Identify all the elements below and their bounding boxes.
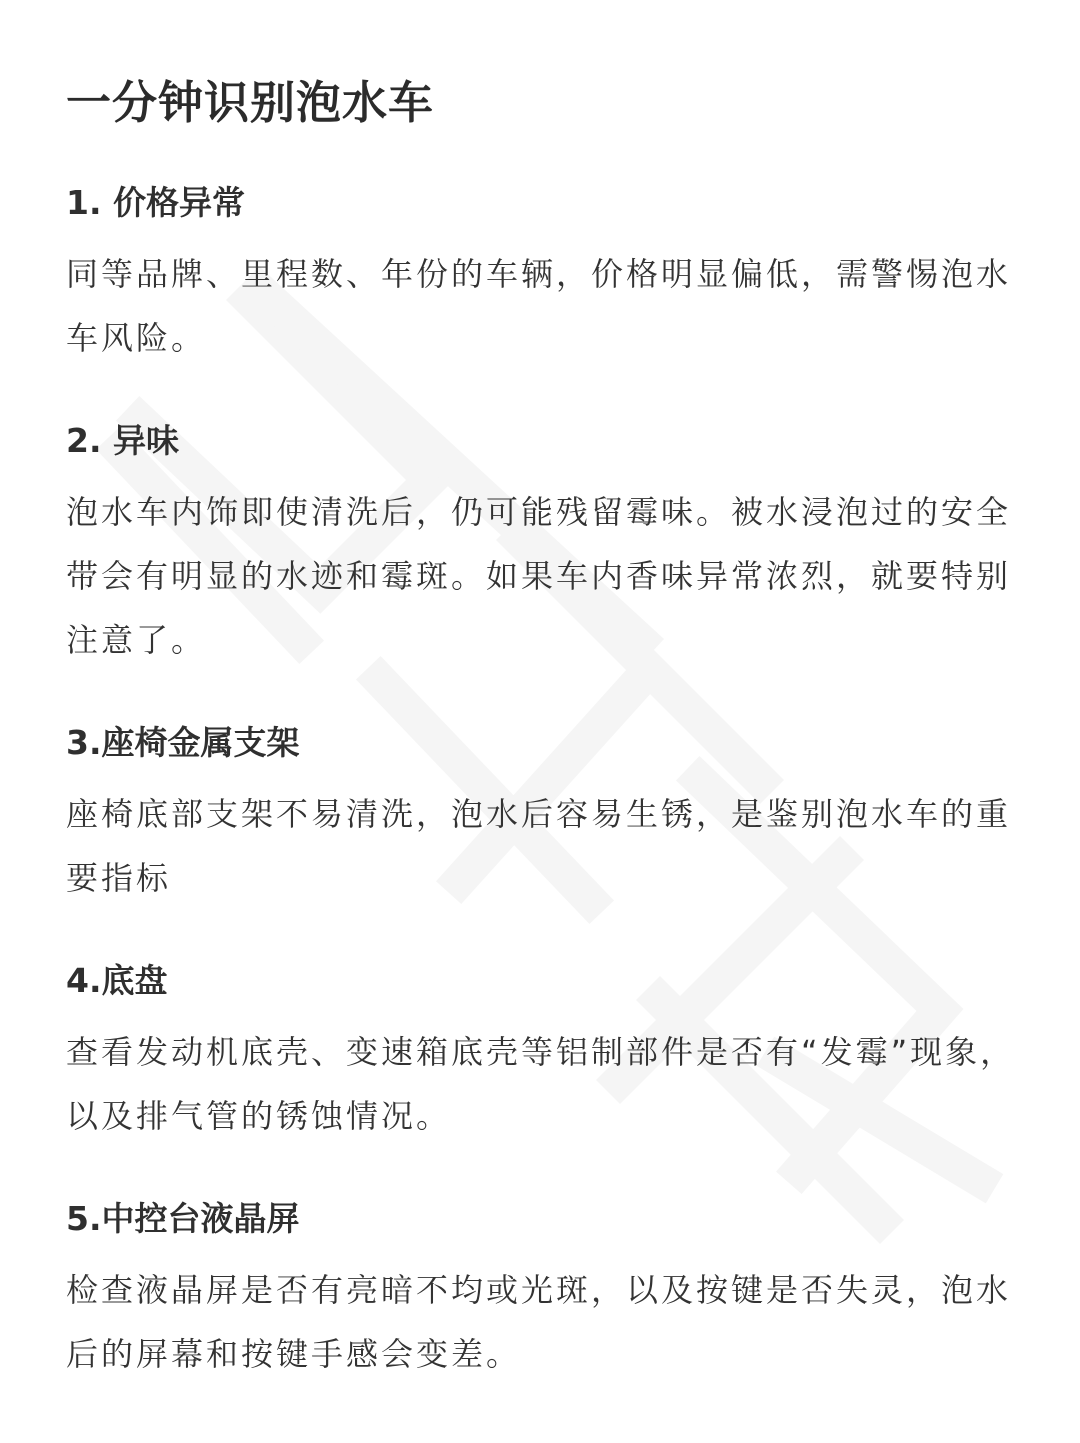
section-body: 泡水车内饰即使清洗后，仍可能残留霉味。被水浸泡过的安全带会有明显的水迹和霉斑。如… [66, 480, 1016, 672]
section-heading: 1. 价格异常 [66, 180, 1016, 226]
section-body: 查看发动机底壳、变速箱底壳等铝制部件是否有“发霉”现象，以及排气管的锈蚀情况。 [66, 1020, 1016, 1148]
section-body: 检查液晶屏是否有亮暗不均或光斑，以及按键是否失灵，泡水后的屏幕和按键手感会变差。 [66, 1258, 1016, 1386]
section-heading: 5.中控台液晶屏 [66, 1196, 1016, 1242]
section-body: 同等品牌、里程数、年份的车辆，价格明显偏低，需警惕泡水车风险。 [66, 242, 1016, 370]
section-odor: 2. 异味 泡水车内饰即使清洗后，仍可能残留霉味。被水浸泡过的安全带会有明显的水… [66, 418, 1016, 672]
section-heading: 3.座椅金属支架 [66, 720, 1016, 766]
section-chassis: 4.底盘 查看发动机底壳、变速箱底壳等铝制部件是否有“发霉”现象，以及排气管的锈… [66, 958, 1016, 1148]
section-price: 1. 价格异常 同等品牌、里程数、年份的车辆，价格明显偏低，需警惕泡水车风险。 [66, 180, 1016, 370]
article: 一分钟识别泡水车 1. 价格异常 同等品牌、里程数、年份的车辆，价格明显偏低，需… [66, 70, 1016, 1434]
section-center-screen: 5.中控台液晶屏 检查液晶屏是否有亮暗不均或光斑，以及按键是否失灵，泡水后的屏幕… [66, 1196, 1016, 1386]
page-title: 一分钟识别泡水车 [66, 70, 1016, 136]
section-seat-frame: 3.座椅金属支架 座椅底部支架不易清洗，泡水后容易生锈，是鉴别泡水车的重要指标 [66, 720, 1016, 910]
section-heading: 4.底盘 [66, 958, 1016, 1004]
section-heading: 2. 异味 [66, 418, 1016, 464]
section-body: 座椅底部支架不易清洗，泡水后容易生锈，是鉴别泡水车的重要指标 [66, 782, 1016, 910]
